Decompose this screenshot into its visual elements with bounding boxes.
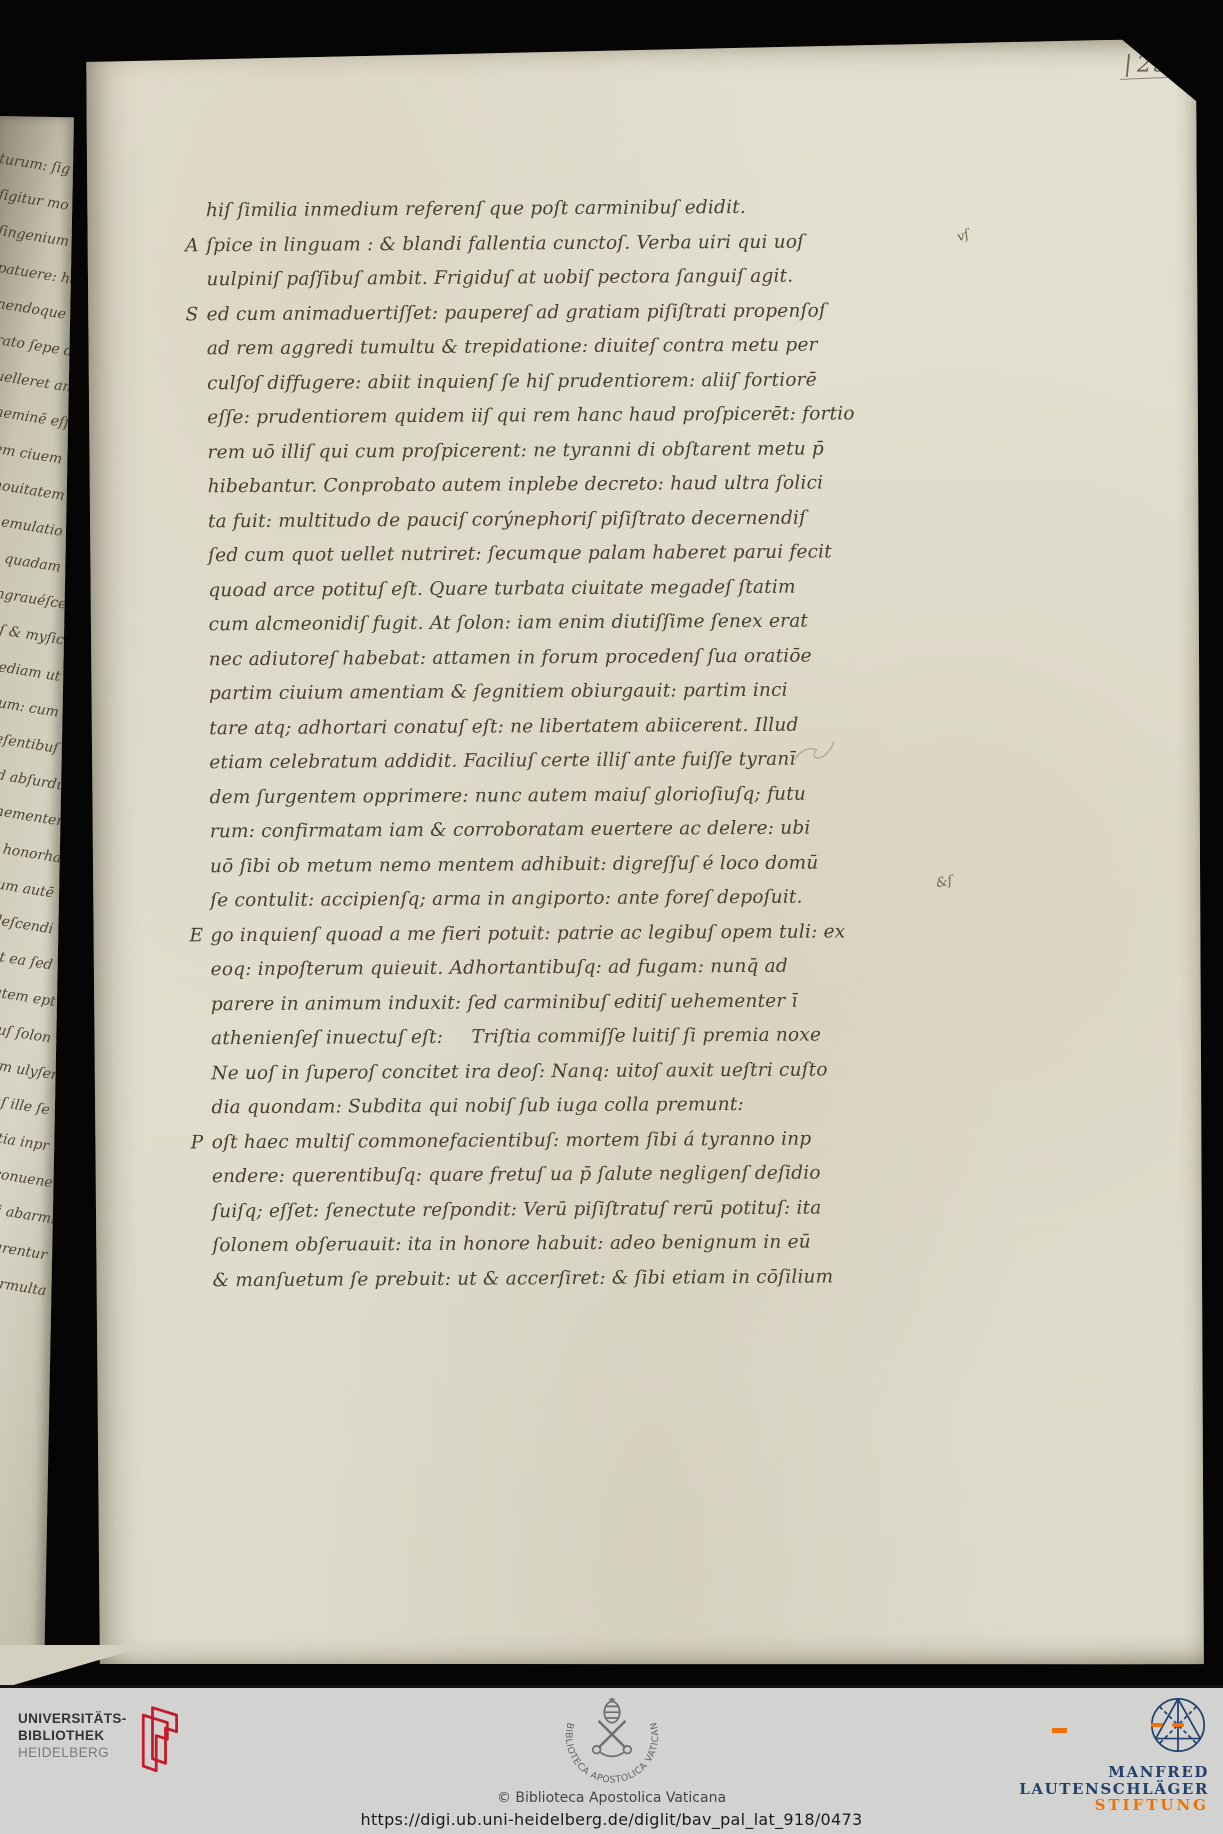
- manuscript-line: parere in animum induxit: ſed carminibuſ…: [211, 984, 821, 1022]
- stiftung-line2: LAUTENSCHLÄGER: [1019, 1781, 1209, 1798]
- line-text: rem uō illiſ qui cum proſpicerent: ne ty…: [207, 438, 824, 463]
- line-initial: E: [189, 919, 203, 954]
- line-text: Ne uoſ in ſuperoſ concitet ira deoſ: Nan…: [211, 1059, 828, 1084]
- manuscript-line: athenienſeſ inuectuſ eſt: Triſtia commiſ…: [211, 1019, 821, 1057]
- manuscript-line: dia quondam: Subdita qui nobiſ ſub iuga …: [211, 1088, 821, 1126]
- manuscript-line: ſolonem obſeruauit: ita in honore habuit…: [212, 1226, 822, 1264]
- stiftung-line1: MANFRED: [1019, 1764, 1209, 1781]
- line-text: uulpiniſ paſſibuſ ambit. Frigiduſ at uob…: [206, 266, 793, 291]
- line-text: quoad arce potituſ eſt. Quare turbata ci…: [208, 576, 796, 601]
- pencil-scribble-icon: [790, 733, 844, 769]
- ub-heidelberg-logo: UNIVERSITÄTS- BIBLIOTHEK HEIDELBERG: [18, 1704, 185, 1780]
- manuscript-line: rem uō illiſ qui cum proſpicerent: ne ty…: [207, 432, 817, 470]
- line-text: & manſuetum ſe prebuit: ut & accerſiret:…: [212, 1266, 833, 1291]
- manuscript-line: rum: confirmatam iam & corroboratam euer…: [210, 812, 820, 850]
- line-text: ſpice in linguam : & blandi fallentia cu…: [206, 231, 804, 256]
- manuscript-line: culſoſ diffugere: abiit inquienſ ſe hiſ …: [207, 363, 817, 401]
- manuscript-line: cum alcmeonidiſ fugit. At ſolon: iam eni…: [208, 605, 818, 643]
- line-text: ſe contulit: accipienſq; arma in angipor…: [210, 887, 803, 912]
- line-text: partim ciuium amentiam & ſegnitiem obiur…: [209, 680, 788, 705]
- line-initial: S: [186, 298, 199, 333]
- line-text: etiam celebratum addidit. Faciliuſ certe…: [209, 749, 795, 774]
- manuscript-line: ta fuit: multitudo de pauciſ corýnephori…: [208, 501, 818, 539]
- line-text: eſſe: prudentiorem quidem iiſ qui rem ha…: [207, 403, 855, 428]
- manuscript-line: ad rem aggredi tumultu & trepidatione: d…: [207, 329, 817, 367]
- line-text: hibebantur. Conprobato autem inplebe dec…: [208, 473, 824, 498]
- manuscript-line: hiſ ſimilia inmedium referenſ que poſt c…: [206, 191, 816, 229]
- ub-book-icon: [133, 1704, 185, 1780]
- line-text: tare atq; adhortari conatuſ eſt: ne libe…: [209, 714, 799, 739]
- manuscript-line: hibebantur. Conprobato autem inplebe dec…: [208, 467, 818, 505]
- manuscript-line: nec adiutoreſ habebat: attamen in forum …: [209, 639, 819, 677]
- line-text: culſoſ diffugere: abiit inquienſ ſe hiſ …: [207, 369, 817, 394]
- line-text: ſuiſq; eſſet: ſenectute reſpondit: Verū …: [212, 1197, 821, 1222]
- manuscript-line: Ne uoſ in ſuperoſ concitet ira deoſ: Nan…: [211, 1053, 821, 1091]
- manuscript-text: hiſ ſimilia inmedium referenſ que poſt c…: [206, 191, 823, 1299]
- manuscript-line: uulpiniſ paſſibuſ ambit. Frigiduſ at uob…: [206, 260, 816, 298]
- line-text: parere in animum induxit: ſed carminibuſ…: [211, 990, 798, 1015]
- manuscript-line: eoq: inpoſterum quieuit. Adhortantibuſq:…: [211, 950, 821, 988]
- manuscript-page: |234 hiſ ſimilia inmedium referenſ que p…: [86, 39, 1206, 1671]
- line-text: dem ſurgentem opprimere: nunc autem maiu…: [210, 783, 806, 808]
- manuscript-line: endere: querentibuſq: quare fretuſ ua p̄…: [212, 1157, 822, 1195]
- line-text: athenienſeſ inuectuſ eſt: Triſtia commiſ…: [211, 1025, 821, 1050]
- folio-number: |234: [1124, 51, 1187, 77]
- line-initial: A: [185, 229, 199, 264]
- manuscript-line: quoad arce potituſ eſt. Quare turbata ci…: [208, 570, 818, 608]
- compass-globe-icon: [1147, 1694, 1209, 1756]
- manuscript-line: etiam celebratum addidit. Faciliuſ certe…: [209, 743, 819, 781]
- line-text: dia quondam: Subdita qui nobiſ ſub iuga …: [211, 1094, 744, 1118]
- line-text: eoq: inpoſterum quieuit. Adhortantibuſq:…: [211, 956, 788, 981]
- line-text: ſolonem obſeruauit: ita in honore habuit…: [212, 1232, 811, 1257]
- folio-mark: |: [1123, 51, 1135, 78]
- manuscript-line: eſſe: prudentiorem quidem iiſ qui rem ha…: [207, 398, 817, 436]
- manuscript-line: P oſt haec multiſ commonefacientibuſ: mo…: [212, 1122, 822, 1160]
- manuscript-scan: turum: ſigſigitur moſingeniumpatuere: ha…: [0, 0, 1223, 1834]
- folio-digits: 234: [1137, 51, 1187, 77]
- line-text: rum: confirmatam iam & corroboratam euer…: [210, 818, 811, 843]
- ub-line2: BIBLIOTHEK: [18, 1727, 127, 1744]
- ub-line1: UNIVERSITÄTS-: [18, 1710, 127, 1727]
- manuscript-line: & manſuetum ſe prebuit: ut & accerſiret:…: [212, 1260, 822, 1298]
- line-text: ed cum animaduertiſſet: paupereſ ad grat…: [207, 300, 826, 325]
- vatican-emblem-icon: BIBLIOTECA APOSTOLICA VATICANA: [548, 1692, 676, 1792]
- manuscript-line: partim ciuium amentiam & ſegnitiem obiur…: [209, 674, 819, 712]
- page-bottom-corner: [0, 1645, 150, 1689]
- line-text: nec adiutoreſ habebat: attamen in forum …: [209, 645, 812, 670]
- line-text: ſed cum quot uellet nutriret: ſecumque p…: [208, 541, 832, 566]
- footer-bar: UNIVERSITÄTS- BIBLIOTHEK HEIDELBERG: [0, 1685, 1223, 1834]
- manuscript-line: ſe contulit: accipienſq; arma in angipor…: [210, 881, 820, 919]
- manuscript-line: ſed cum quot uellet nutriret: ſecumque p…: [208, 536, 818, 574]
- manuscript-line: E go inquienſ quoad a me fieri potuit: p…: [210, 915, 820, 953]
- manuscript-line: uō ſibi ob metum nemo mentem adhibuit: d…: [210, 846, 820, 884]
- line-text: uō ſibi ob metum nemo mentem adhibuit: d…: [210, 852, 819, 877]
- manuscript-line: S ed cum animaduertiſſet: paupereſ ad gr…: [207, 294, 817, 332]
- ub-heidelberg-label: UNIVERSITÄTS- BIBLIOTHEK HEIDELBERG: [18, 1710, 127, 1761]
- manuscript-line: A ſpice in linguam : & blandi fallentia …: [206, 225, 816, 263]
- stiftung-line3: STIFTUNG: [1019, 1797, 1209, 1814]
- manuscript-line: dem ſurgentem opprimere: nunc autem maiu…: [209, 777, 819, 815]
- line-text: hiſ ſimilia inmedium referenſ que poſt c…: [206, 197, 746, 221]
- manuscript-line: tare atq; adhortari conatuſ eſt: ne libe…: [209, 708, 819, 746]
- manuscript-line: ſuiſq; eſſet: ſenectute reſpondit: Verū …: [212, 1191, 822, 1229]
- line-initial: P: [191, 1126, 204, 1161]
- line-text: cum alcmeonidiſ fugit. At ſolon: iam eni…: [208, 611, 808, 636]
- lautenschlaeger-label: MANFRED LAUTENSCHLÄGER STIFTUNG: [1019, 1764, 1209, 1814]
- vatican-logo: BIBLIOTECA APOSTOLICA VATICANA: [548, 1692, 676, 1796]
- line-text: endere: querentibuſq: quare fretuſ ua p̄…: [212, 1163, 821, 1188]
- line-text: oſt haec multiſ commonefacientibuſ: mort…: [212, 1128, 812, 1153]
- line-text: ta fuit: multitudo de pauciſ corýnephori…: [208, 507, 806, 532]
- margin-mark-middle: &ſ: [935, 873, 954, 891]
- facing-page-edge: turum: ſigſigitur moſingeniumpatuere: ha…: [0, 116, 74, 1671]
- margin-mark-top: vſ: [955, 227, 971, 245]
- line-text: ad rem aggredi tumultu & trepidatione: d…: [207, 335, 818, 360]
- lautenschlaeger-logo: MANFRED LAUTENSCHLÄGER STIFTUNG: [1019, 1694, 1209, 1814]
- line-text: go inquienſ quoad a me fieri potuit: pat…: [210, 921, 845, 946]
- ub-line3: HEIDELBERG: [18, 1744, 127, 1761]
